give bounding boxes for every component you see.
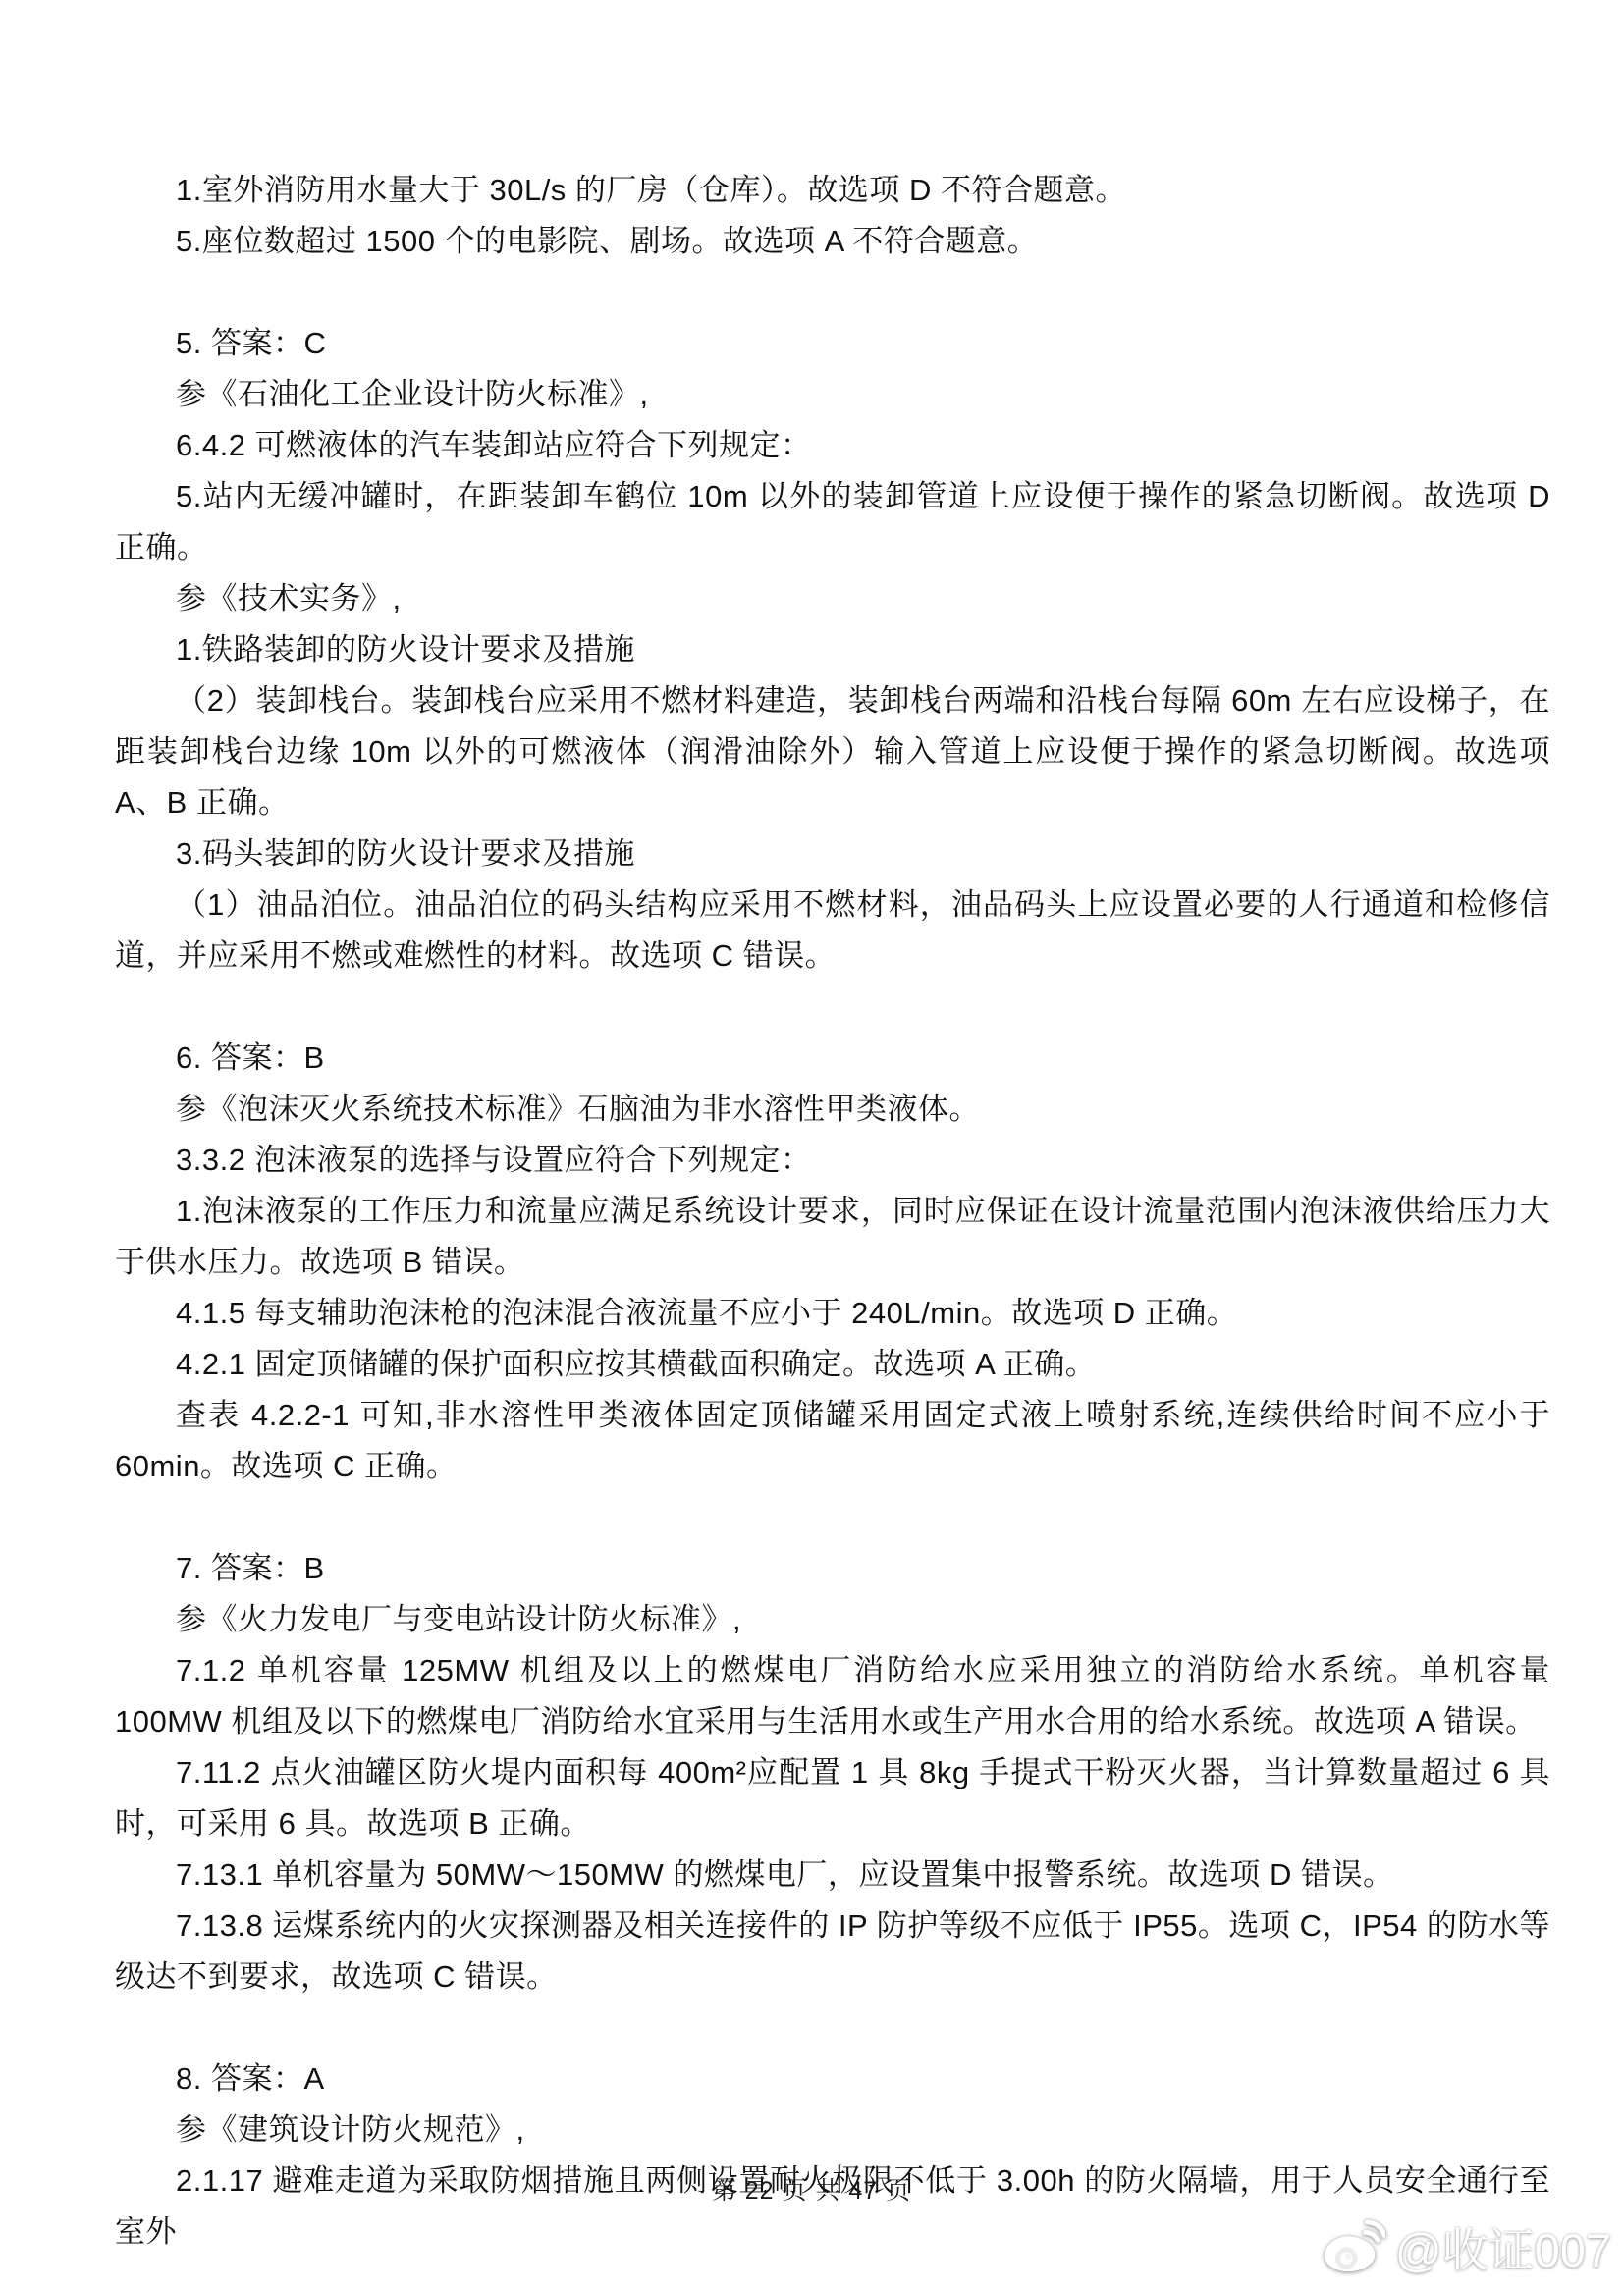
paragraph: 1.泡沫液泵的工作压力和流量应满足系统设计要求，同时应保证在设计流量范围内泡沫液…	[115, 1186, 1550, 1288]
answer-heading: 7. 答案：B	[115, 1543, 1550, 1594]
paragraph: 4.2.1 固定顶储罐的保护面积应按其横截面积确定。故选项 A 正确。	[115, 1339, 1550, 1390]
paragraph: 3.码头装卸的防火设计要求及措施	[115, 828, 1550, 880]
document-body: 1.室外消防用水量大于 30L/s 的厂房（仓库）。故选项 D 不符合题意。 5…	[115, 165, 1550, 2258]
paragraph: （1）油品泊位。油品泊位的码头结构应采用不燃材料，油品码头上应设置必要的人行通道…	[115, 880, 1550, 982]
paragraph: 查表 4.2.2-1 可知,非水溶性甲类液体固定顶储罐采用固定式液上喷射系统,连…	[115, 1390, 1550, 1492]
paragraph: 5.站内无缓冲罐时，在距装卸车鹤位 10m 以外的装卸管道上应设便于操作的紧急切…	[115, 471, 1550, 573]
answer-heading: 8. 答案：A	[115, 2054, 1550, 2105]
answer-block-8: 8. 答案：A 参《建筑设计防火规范》, 2.1.17 避难走道为采取防烟措施且…	[115, 2054, 1550, 2258]
paragraph: 2.1.17 避难走道为采取防烟措施且两侧设置耐火极限不低于 3.00h 的防火…	[115, 2156, 1550, 2258]
paragraph: 7.13.1 单机容量为 50MW～150MW 的燃煤电厂，应设置集中报警系统。…	[115, 1849, 1550, 1900]
paragraph: 4.1.5 每支辅助泡沫枪的泡沫混合液流量不应小于 240L/min。故选项 D…	[115, 1288, 1550, 1339]
paragraph: 参《建筑设计防火规范》,	[115, 2105, 1550, 2156]
answer-heading: 6. 答案：B	[115, 1033, 1550, 1084]
paragraph: 6.4.2 可燃液体的汽车装卸站应符合下列规定：	[115, 420, 1550, 471]
paragraph: 7.1.2 单机容量 125MW 机组及以上的燃煤电厂消防给水应采用独立的消防给…	[115, 1645, 1550, 1747]
page-number: 第 22 页 共 47 页	[0, 2175, 1623, 2207]
document-page: 1.室外消防用水量大于 30L/s 的厂房（仓库）。故选项 D 不符合题意。 5…	[0, 0, 1623, 2296]
paragraph: 参《技术实务》,	[115, 573, 1550, 624]
paragraph: 5.座位数超过 1500 个的电影院、剧场。故选项 A 不符合题意。	[115, 216, 1550, 267]
paragraph: 3.3.2 泡沫液泵的选择与设置应符合下列规定：	[115, 1135, 1550, 1186]
answer-heading: 5. 答案：C	[115, 318, 1550, 369]
answer-block-7: 7. 答案：B 参《火力发电厂与变电站设计防火标准》, 7.1.2 单机容量 1…	[115, 1543, 1550, 2002]
paragraph: 参《泡沫灭火系统技术标准》石脑油为非水溶性甲类液体。	[115, 1084, 1550, 1135]
paragraph: （2）装卸栈台。装卸栈台应采用不燃材料建造，装卸栈台两端和沿栈台每隔 60m 左…	[115, 675, 1550, 828]
paragraph: 1.铁路装卸的防火设计要求及措施	[115, 624, 1550, 675]
paragraph: 参《石油化工企业设计防火标准》,	[115, 369, 1550, 420]
paragraph: 7.13.8 运煤系统内的火灾探测器及相关连接件的 IP 防护等级不应低于 IP…	[115, 1900, 1550, 2002]
paragraph: 参《火力发电厂与变电站设计防火标准》,	[115, 1594, 1550, 1645]
answer-block-4-continued: 1.室外消防用水量大于 30L/s 的厂房（仓库）。故选项 D 不符合题意。 5…	[115, 165, 1550, 267]
answer-block-5: 5. 答案：C 参《石油化工企业设计防火标准》, 6.4.2 可燃液体的汽车装卸…	[115, 318, 1550, 982]
answer-block-6: 6. 答案：B 参《泡沫灭火系统技术标准》石脑油为非水溶性甲类液体。 3.3.2…	[115, 1033, 1550, 1492]
paragraph: 7.11.2 点火油罐区防火堤内面积每 400m²应配置 1 具 8kg 手提式…	[115, 1747, 1550, 1849]
paragraph: 1.室外消防用水量大于 30L/s 的厂房（仓库）。故选项 D 不符合题意。	[115, 165, 1550, 216]
